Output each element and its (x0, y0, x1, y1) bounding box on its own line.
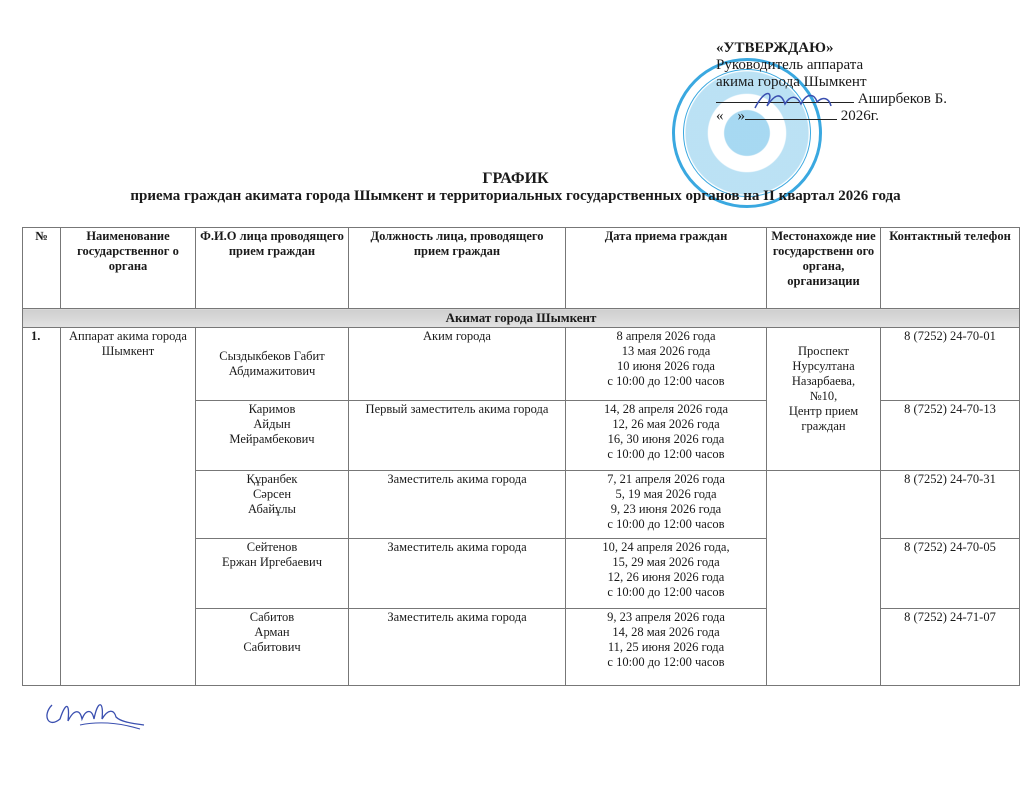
official-name: Сабитов Арман Сабитович (196, 609, 349, 686)
header-number: № (23, 228, 61, 309)
header-full-name: Ф.И.О лица проводящего прием граждан (196, 228, 349, 309)
header-location: Местонахожде ние государственн ого орган… (767, 228, 881, 309)
official-name: Құранбек Сәрсен Абайұлы (196, 471, 349, 539)
header-date: Дата приема граждан (566, 228, 767, 309)
phone-cell: 8 (7252) 24-70-13 (881, 401, 1020, 471)
table-header-row: № Наименование государственног о органа … (23, 228, 1020, 309)
header-phone: Контактный телефон (881, 228, 1020, 309)
phone-cell: 8 (7252) 24-70-05 (881, 539, 1020, 609)
official-name: Сейтенов Ержан Иргебаевич (196, 539, 349, 609)
document-title: ГРАФИК (0, 170, 1031, 188)
reception-dates: 8 апреля 2026 года 13 мая 2026 года 10 и… (566, 328, 767, 401)
row-number: 1. (23, 328, 61, 686)
official-position: Аким города (349, 328, 566, 401)
schedule-table: № Наименование государственног о органа … (22, 227, 1020, 686)
reception-dates: 9, 23 апреля 2026 года 14, 28 мая 2026 г… (566, 609, 767, 686)
approval-title: «УТВЕРЖДАЮ» (716, 40, 947, 57)
phone-cell: 8 (7252) 24-70-01 (881, 328, 1020, 401)
location-cell-empty (767, 471, 881, 686)
reception-dates: 14, 28 апреля 2026 года 12, 26 мая 2026 … (566, 401, 767, 471)
table-row: 1. Аппарат акима города Шымкент Сыздыкбе… (23, 328, 1020, 401)
approval-signature-icon (745, 86, 835, 116)
organization-cell: Аппарат акима города Шымкент (61, 328, 196, 686)
location-cell: Проспект Нурсултана Назарбаева, №10, Цен… (767, 328, 881, 471)
reception-dates: 7, 21 апреля 2026 года 5, 19 мая 2026 го… (566, 471, 767, 539)
document-subtitle: приема граждан акимата города Шымкент и … (0, 188, 1031, 205)
header-organization: Наименование государственног о органа (61, 228, 196, 309)
official-position: Заместитель акима города (349, 471, 566, 539)
section-row: Акимат города Шымкент (23, 309, 1020, 328)
reception-dates: 10, 24 апреля 2026 года, 15, 29 мая 2026… (566, 539, 767, 609)
official-position: Заместитель акима города (349, 539, 566, 609)
official-name: Каримов Айдын Мейрамбекович (196, 401, 349, 471)
approval-signer: Аширбеков Б. (858, 91, 947, 107)
phone-cell: 8 (7252) 24-70-31 (881, 471, 1020, 539)
approval-year: 2026г. (841, 108, 879, 124)
official-name: Сыздыкбеков Габит Абдимажитович (196, 328, 349, 401)
footer-signature-icon (40, 695, 150, 735)
phone-cell: 8 (7252) 24-71-07 (881, 609, 1020, 686)
approval-position-1: Руководитель аппарата (716, 57, 947, 74)
official-position: Заместитель акима города (349, 609, 566, 686)
section-title: Акимат города Шымкент (23, 309, 1020, 328)
official-position: Первый заместитель акима города (349, 401, 566, 471)
header-position: Должность лица, проводящего прием гражда… (349, 228, 566, 309)
